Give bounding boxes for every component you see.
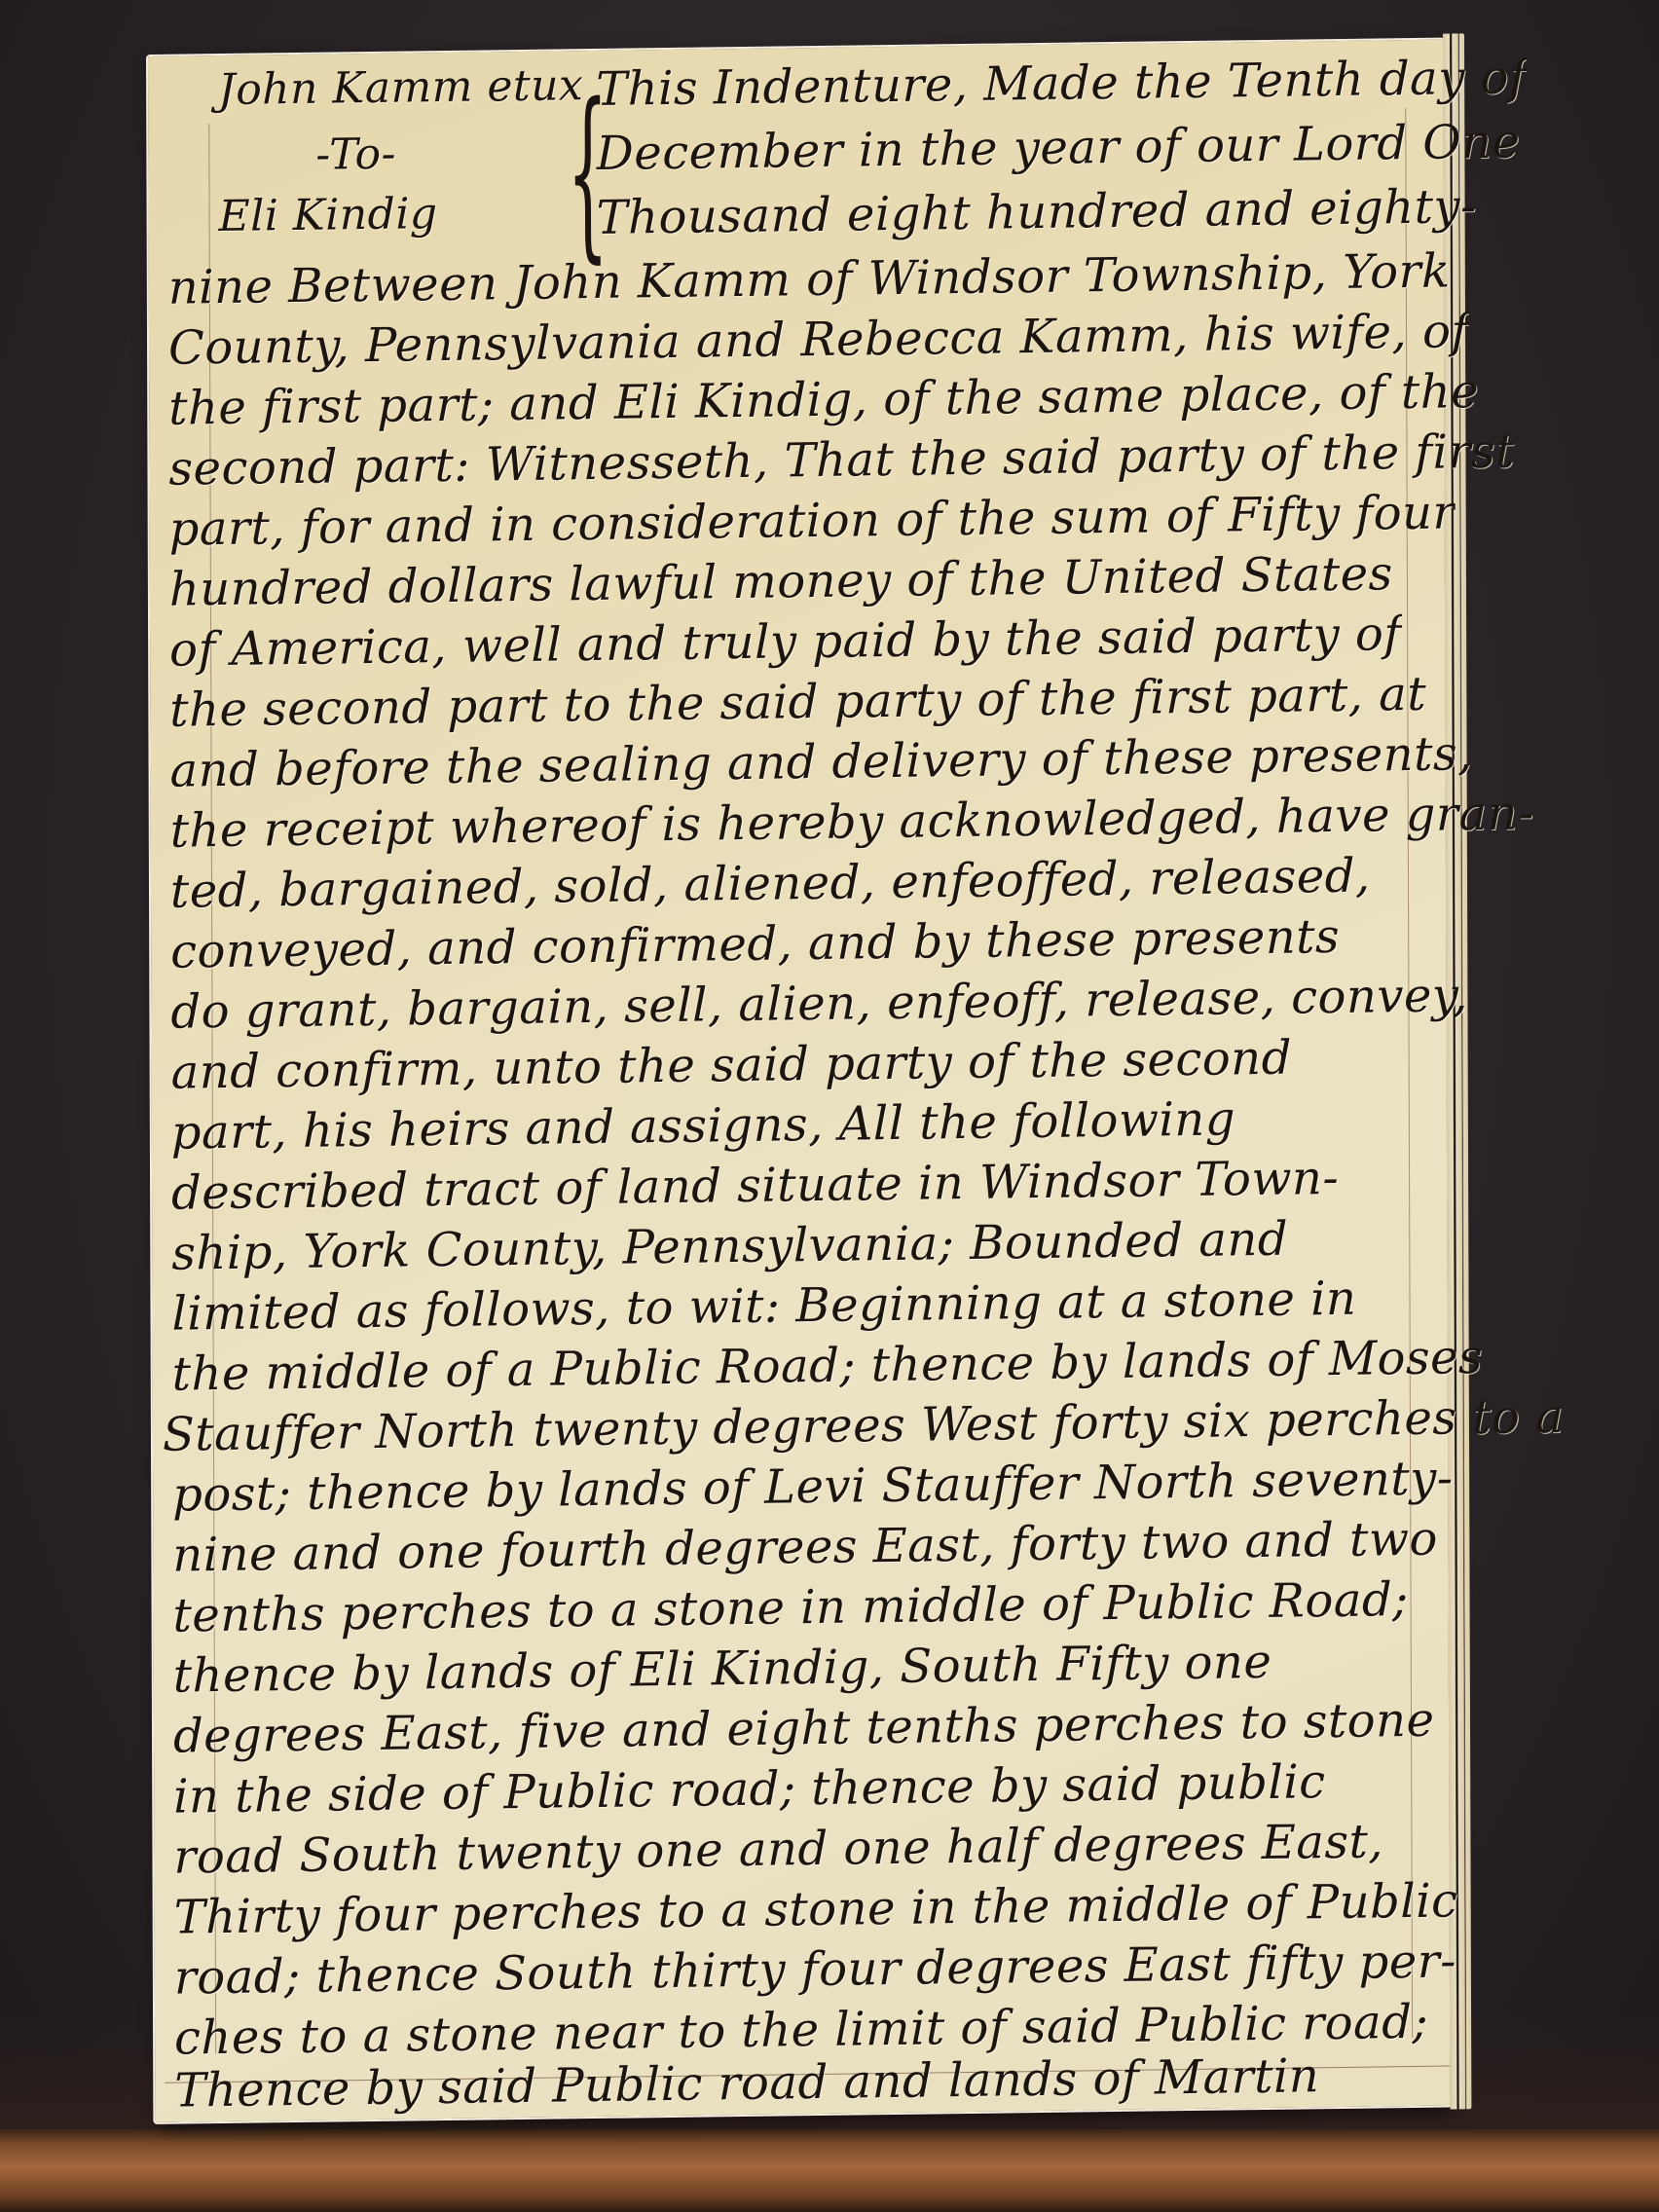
text-line-3: Thousand eight hundred and eighty- [596, 177, 1476, 247]
margin-connector: -To- [315, 129, 396, 180]
wooden-table-edge [0, 2129, 1659, 2212]
text-line-1: This Indenture, Made the Tenth day of [596, 48, 1527, 119]
text-line-2: December in the year of our Lord One [596, 113, 1520, 183]
margin-grantee: Eli Kindig [218, 189, 437, 241]
margin-grantor: John Kamm etux [218, 60, 583, 115]
deed-page: John Kamm etux -To- Eli Kindig { This In… [148, 40, 1450, 2122]
